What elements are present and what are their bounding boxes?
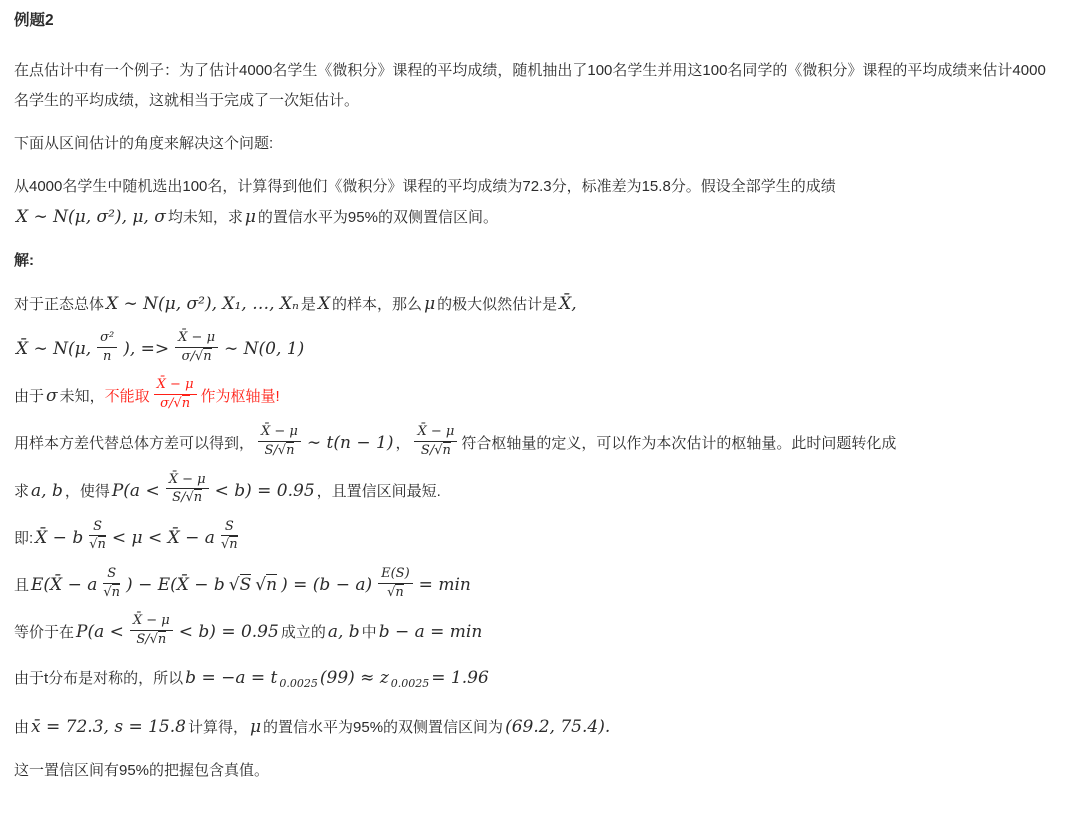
paragraph-sigma-unknown: 由于σ未知，不能取X̄ − μσ/√n作为枢轴量! <box>14 380 1058 414</box>
sqrt-n: √n <box>387 584 404 600</box>
text-segment: 由 <box>14 719 29 736</box>
math-sigma: σ <box>44 386 60 406</box>
math-interval-result: (69.2, 75.4). <box>503 717 612 737</box>
math-segment: P(a < <box>74 622 126 642</box>
text-segment: ，且置信区间最短. <box>317 483 441 500</box>
math-segment: P(a < <box>110 481 162 501</box>
sqrt-n: √n <box>434 442 451 458</box>
fraction-xbar-mu-over-sigma-sqrtn: X̄ − μσ/√n <box>154 377 197 411</box>
den-prefix: S/ <box>421 443 434 458</box>
fraction-xbar-mu-over-s-sqrtn: X̄ − μS/√n <box>258 424 301 458</box>
formula-interval: 即:X̄ − bS√n< μ < X̄ − aS√n <box>14 522 1058 556</box>
sqrt-n: √n <box>173 395 190 411</box>
text-segment: 作为枢轴量! <box>201 388 280 405</box>
text-segment: 不能取 <box>105 388 150 405</box>
paragraph-problem: 从4000名学生中随机选出100名，计算得到他们《微积分》课程的平均成绩为72.… <box>14 172 1058 233</box>
math-segment: < μ < X̄ − a <box>110 528 217 548</box>
sqrt-symbol: √ <box>278 443 286 458</box>
text-segment: 未知， <box>60 388 105 405</box>
text-segment: 即: <box>14 530 33 547</box>
fraction-es-over-sqrtn: E(S)√n <box>378 566 413 600</box>
den-prefix: S/ <box>264 443 277 458</box>
fraction-xbar-mu-over-s-sqrtn: X̄ − μS/√n <box>130 613 173 647</box>
paragraph-equivalent: 等价于在P(a <X̄ − μS/√n< b) = 0.95成立的a, b中b … <box>14 616 1058 650</box>
paragraph-conclusion: 这一置信区间有95%的把握包含真值。 <box>14 756 1058 786</box>
text-segment: 等价于在 <box>14 624 74 641</box>
fraction-s-over-sqrtn: S√n <box>89 519 106 553</box>
text-segment: 成立的 <box>281 624 326 641</box>
fraction-s-over-sqrtn: S√n <box>103 566 120 600</box>
text-segment: 且 <box>14 577 29 594</box>
sqrt-n: √n <box>221 536 238 552</box>
math-mu: μ <box>248 717 263 737</box>
sqrt-symbol: √ <box>150 632 158 647</box>
math-x-normal: X ∼ N(μ, σ²), μ, σ <box>14 207 168 227</box>
fraction-xbar-mu-over-sigma-sqrtn: X̄ − μσ/√n <box>175 330 218 364</box>
fraction-xbar-mu-over-s-sqrtn: X̄ − μS/√n <box>414 424 457 458</box>
math-segment: ) = (b − a) <box>279 575 374 595</box>
heading-example: 例题2 <box>14 10 1058 32</box>
text-segment: 的置信水平为95%的双侧置信区间为 <box>263 719 503 736</box>
math-segment: < b) = 0.95 <box>177 622 281 642</box>
fraction-s-over-sqrtn: S√n <box>221 519 238 553</box>
sqrt-n: √n <box>253 575 279 595</box>
sqrt-S: √S <box>227 575 254 595</box>
paragraph-sample-variance: 用样本方差代替总体方差可以得到，X̄ − μS/√n∼ t(n − 1)，X̄ … <box>14 427 1058 461</box>
formula-xbar-distribution: X̄ ∼ N(μ,σ²n), =>X̄ − μσ/√n∼ N(0, 1) <box>14 333 1058 367</box>
math-segment: = min <box>417 575 473 595</box>
sqrt-symbol: √ <box>229 575 240 595</box>
text-segment: 求 <box>14 483 29 500</box>
sqrt-n: √n <box>103 584 120 600</box>
problem-text-2: 均未知，求 <box>168 209 243 226</box>
math-mu: μ <box>422 294 437 314</box>
math-subscript: 0.0025 <box>391 677 430 690</box>
problem-text-3: 的置信水平为95%的双侧置信区间。 <box>258 209 498 226</box>
math-xbar: X̄, <box>557 294 579 314</box>
text-segment: ， <box>395 435 410 452</box>
math-subscript: 0.0025 <box>279 677 318 690</box>
text-segment: 由于t分布是对称的，所以 <box>14 670 183 687</box>
text-segment: ，使得 <box>65 483 110 500</box>
sqrt-n: √n <box>195 348 212 364</box>
math-segment: (99) ≈ z <box>318 668 391 688</box>
math-population: X ∼ N(μ, σ²), X₁, …, Xₙ <box>104 294 301 314</box>
heading-solution: 解: <box>14 246 1058 276</box>
text-segment: 用样本方差代替总体方差可以得到， <box>14 435 254 452</box>
problem-text-1: 从4000名学生中随机选出100名，计算得到他们《微积分》课程的平均成绩为72.… <box>14 178 836 195</box>
math-ab: a, b <box>326 622 362 642</box>
math-segment: b = −a = t <box>183 668 279 688</box>
sqrt-symbol: √ <box>255 575 266 595</box>
sqrt-n: √n <box>185 489 202 505</box>
text-segment: 是 <box>301 296 316 313</box>
math-mu: μ <box>243 207 258 227</box>
text-segment: 对于正态总体 <box>14 296 104 313</box>
text-segment: 的极大似然估计是 <box>437 296 557 313</box>
sqrt-n: √n <box>150 631 167 647</box>
math-segment: ) − E(X̄ − b <box>124 575 227 595</box>
text-segment: 由于 <box>14 388 44 405</box>
document-body: 例题2 在点估计中有一个例子：为了估计4000名学生《微积分》课程的平均成绩，随… <box>0 0 1072 786</box>
math-segment: ∼ N(0, 1) <box>222 339 306 359</box>
formula-expectation: 且E(X̄ − aS√n) − E(X̄ − b√S√n) = (b − a)E… <box>14 569 1058 603</box>
math-x: X <box>316 294 332 314</box>
den-prefix: S/ <box>136 632 149 647</box>
math-t-distribution: ∼ t(n − 1) <box>305 433 396 453</box>
paragraph-point-estimate: 在点估计中有一个例子：为了估计4000名学生《微积分》课程的平均成绩，随机抽出了… <box>14 56 1058 116</box>
text-segment: 的样本，那么 <box>332 296 422 313</box>
paragraph-result: 由x̄ = 72.3, s = 15.8计算得，μ的置信水平为95%的双侧置信区… <box>14 712 1058 743</box>
fraction-xbar-mu-over-s-sqrtn: X̄ − μS/√n <box>166 472 209 506</box>
sqrt-symbol: √ <box>195 349 203 364</box>
math-segment: b − a = min <box>377 622 485 642</box>
paragraph-find-ab: 求a, b，使得P(a <X̄ − μS/√n< b) = 0.95，且置信区间… <box>14 475 1058 509</box>
fraction-sigma2-over-n: σ²n <box>97 330 117 364</box>
den-prefix: σ/ <box>160 396 173 411</box>
math-segment: X̄ − b <box>33 528 85 548</box>
sqrt-symbol: √ <box>434 443 442 458</box>
paragraph-t-symmetric: 由于t分布是对称的，所以b = −a = t0.0025(99) ≈ z0.00… <box>14 663 1058 699</box>
sqrt-symbol: √ <box>173 396 181 411</box>
den-prefix: σ/ <box>182 349 195 364</box>
den-prefix: S/ <box>172 490 185 505</box>
paragraph-interval-intro: 下面从区间估计的角度来解决这个问题: <box>14 129 1058 159</box>
text-segment: 中 <box>362 624 377 641</box>
math-sample-values: x̄ = 72.3, s = 15.8 <box>29 717 188 737</box>
warning-red-text: 不能取X̄ − μσ/√n作为枢轴量! <box>105 388 280 405</box>
math-segment: X̄ ∼ N(μ, <box>14 339 93 359</box>
sqrt-symbol: √ <box>387 585 395 600</box>
math-segment: = 1.96 <box>429 668 491 688</box>
math-ab: a, b <box>29 481 65 501</box>
text-segment: 符合枢轴量的定义，可以作为本次估计的枢轴量。此时问题转化成 <box>461 435 896 452</box>
math-segment: E(X̄ − a <box>29 575 99 595</box>
math-segment: ), => <box>121 339 171 359</box>
text-segment: 计算得， <box>188 719 248 736</box>
sqrt-symbol: √ <box>185 490 193 505</box>
sqrt-n: √n <box>89 536 106 552</box>
paragraph-normal-population: 对于正态总体X ∼ N(μ, σ²), X₁, …, Xₙ是X的样本，那么μ的极… <box>14 289 1058 320</box>
sqrt-n: √n <box>278 442 295 458</box>
math-segment: < b) = 0.95 <box>213 481 317 501</box>
